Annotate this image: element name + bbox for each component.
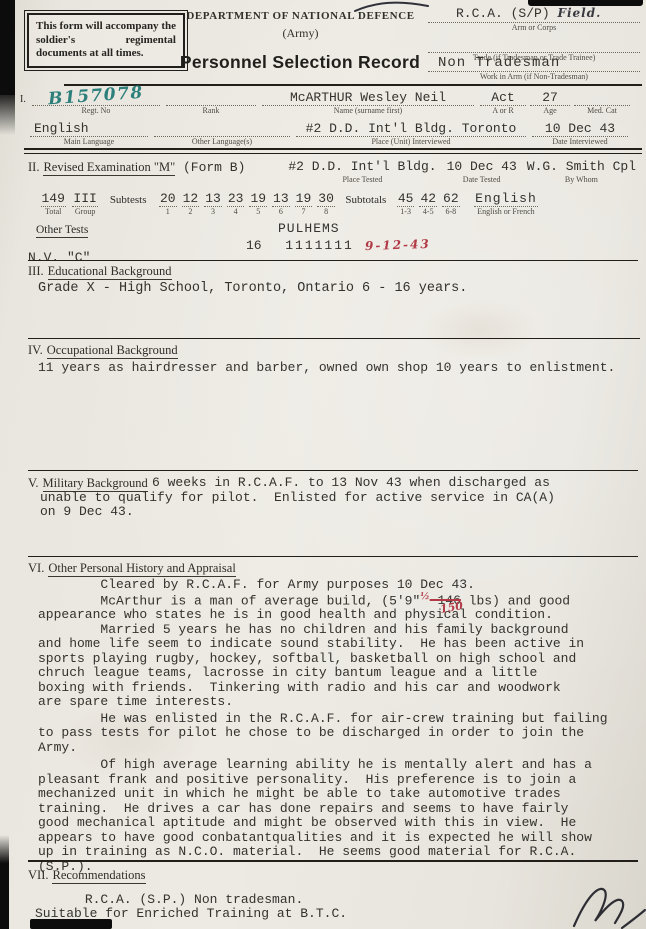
form-title: Personnel Selection Record [170,53,430,72]
name-label: Name (surname first) [262,106,474,115]
nv-grade: N.V. "C" [28,251,90,266]
pulhems-value: 1111111 [285,238,354,253]
subtest-2-value: 12 [182,192,200,207]
main-language-value: English [30,121,148,137]
p2-red-superscript-handwriting: ½ [420,592,429,602]
test-language-field: English English or French [474,192,538,216]
scan-edge-top-left [0,0,15,95]
subtest-7: 197 [295,192,313,216]
arm-corps-label: Arm or Corps [428,23,640,32]
pulhems-date-handwriting: 9-12-43 [365,237,431,251]
scan-edge-bottom-left [0,835,9,929]
subtotal-1-value: 45 [397,192,415,207]
date-interviewed-field: 10 Dec 43 Date Interviewed [532,121,628,146]
date-interviewed-label: Date Interviewed [532,137,628,146]
subtest-5: 195 [249,192,267,216]
appraisal-paragraph-2: McArthur is a man of average build, (5'9… [38,593,630,623]
section-6-title: Other Personal History and Appraisal [48,561,235,577]
subtest-5-index: 5 [249,207,267,216]
regt-no-value: B157078 [32,88,160,106]
a-or-r-field: Act A or R [480,90,526,115]
section-3-numeral: III. [28,264,44,278]
med-cat-value-blank [574,90,630,106]
signature [572,882,646,929]
arm-corps-typed: R.C.A. (S/P) [456,6,550,21]
test-language-value: English [474,192,538,207]
arm-corps-field: R.C.A. (S/P) Field. Arm or Corps [428,6,640,32]
subtest-8: 308 [317,192,335,216]
army-subtitle: (Army) [178,27,423,40]
total-field: 149 Total [41,192,66,216]
subtest-2-index: 2 [182,207,200,216]
group-field: III Group [72,192,97,216]
section-4-title: Occupational Background [47,343,178,359]
trade-value-blank [428,37,640,53]
section-6-numeral: VI. [28,561,44,575]
other-languages-label: Other Language(s) [154,137,290,146]
test-language-label: English or French [474,207,538,216]
recommendation-line-2: Suitable for Enriched Training at B.T.C. [35,907,347,922]
rank-label: Rank [166,106,256,115]
appraisal-paragraph-3: Married 5 years he has no children and h… [38,623,630,710]
name-field: McARTHUR Wesley Neil Name (surname first… [262,90,474,115]
subtest-8-value: 30 [317,192,335,207]
appraisal-paragraph-5: Of high average learning ability he is m… [38,758,630,874]
paper-stain [420,300,540,360]
section-4-numeral: IV. [28,343,43,357]
by-whom-label: By Whom [527,175,636,184]
date-interviewed-value: 10 Dec 43 [532,121,628,137]
subtest-1: 201 [159,192,177,216]
work-arm-field: Non Tradesman Work in Arm (if Non-Trades… [428,56,640,81]
section-7-heading: VII.Recommendations [28,868,146,882]
section-3-heading: III.Educational Background [28,264,172,278]
section-3-text: Grade X - High School, Toronto, Ontario … [38,282,636,297]
subtest-6: 136 [272,192,290,216]
group-value: III [72,192,97,207]
subtotal-1-range: 1-3 [397,207,415,216]
scan-edge-top-left-fade [0,90,15,135]
arm-corps-value: R.C.A. (S/P) Field. [428,6,640,23]
subtest-5-value: 19 [249,192,267,207]
date-tested-label: Date Tested [447,175,517,184]
section-1-identity-row: I. B157078 Regt. No Rank McARTHUR Wesley… [20,88,640,115]
divider [28,260,638,261]
other-tests-label: Other Tests [36,224,88,238]
subtest-7-index: 7 [295,207,313,216]
subtest-3: 133 [204,192,222,216]
section-3-title: Educational Background [48,264,172,280]
personnel-selection-record-scan: This form will accompany the soldier's r… [0,0,646,929]
age-field: 27 Age [530,90,570,115]
rank-value-blank [166,90,256,106]
main-language-label: Main Language [30,137,148,146]
section-2-numeral: II. [28,160,39,174]
group-label: Group [72,207,97,216]
subtest-4: 234 [227,192,245,216]
date-tested-value: 10 Dec 43 [447,160,517,175]
divider [28,556,638,557]
a-or-r-label: A or R [480,106,526,115]
total-value: 149 [41,192,66,207]
section-2-heading: II.Revised Examination "M" (Form B) [28,160,245,176]
place-tested-value: #2 D.D. Int'l Bldg. [288,160,436,175]
rank-field: Rank [166,90,256,115]
section-5-text: 6 weeks in R.C.A.F. to 13 Nov 43 when di… [40,476,615,520]
subtest-6-index: 6 [272,207,290,216]
pulhems-label: PULHEMS [278,222,340,237]
subtotal-2-range: 4-5 [419,207,437,216]
name-value: McARTHUR Wesley Neil [262,90,474,106]
subtest-8-index: 8 [317,207,335,216]
p2-red-correction-handwriting: 150 [439,600,464,615]
subtotal-3: 626-8 [442,192,460,216]
subtotal-1: 451-3 [397,192,415,216]
section-1-language-row: English Main Language Other Language(s) … [30,121,636,146]
med-cat-label: Med. Cat [574,106,630,115]
place-tested-label: Place Tested [288,175,436,184]
by-whom-value: W.G. Smith Cpl [527,160,636,175]
p2-text-before: McArthur is a man of average build, (5'9… [38,593,420,608]
total-label: Total [41,207,66,216]
scores-row: 149 Total III Group Subtests 201 122 133… [28,192,640,216]
divider [24,153,642,154]
subtest-3-index: 3 [204,207,222,216]
by-whom-field: W.G. Smith Cpl By Whom [527,160,636,184]
section-7-title: Recommendations [52,868,145,884]
divider [64,84,642,86]
work-arm-value: Non Tradesman [428,56,640,72]
pulhems-prefix: 16 [246,238,262,253]
place-interviewed-label: Place (Unit) Interviewed [296,137,526,146]
divider [28,860,638,862]
p2-correction-wrap: 146150 [430,593,461,608]
age-value: 27 [530,90,570,106]
age-label: Age [530,106,570,115]
place-interviewed-field: #2 D.D. Int'l Bldg. Toronto Place (Unit)… [296,121,526,146]
regt-no-handwriting: B157078 [48,85,145,108]
subtests-label: Subtests [110,194,147,206]
other-languages-value-blank [154,121,290,137]
subtest-1-index: 1 [159,207,177,216]
tested-fields: #2 D.D. Int'l Bldg. Place Tested 10 Dec … [288,160,636,184]
other-tests-row: Other Tests PULHEMS 16 1111111 9-12-43 N… [28,222,640,262]
work-arm-label: Work in Arm (if Non-Tradesman) [428,72,640,81]
notice-box: This form will accompany the soldier's r… [27,13,185,68]
section-4-text: 11 years as hairdresser and barber, owne… [38,361,638,376]
section-7-numeral: VII. [28,868,48,882]
appraisal-paragraph-1: Cleared by R.C.A.F. for Army purposes 10… [38,578,630,593]
pulhems-scores: 16 1111111 9-12-43 [246,236,431,254]
divider [28,338,640,339]
subtotal-3-range: 6-8 [442,207,460,216]
subtotal-2: 424-5 [419,192,437,216]
divider [24,148,642,150]
date-tested-field: 10 Dec 43 Date Tested [447,160,517,184]
a-or-r-value: Act [480,90,526,106]
place-tested-field: #2 D.D. Int'l Bldg. Place Tested [288,160,436,184]
subtotal-3-value: 62 [442,192,460,207]
subtotals-label: Subtotals [345,194,386,206]
other-languages-field: Other Language(s) [154,121,290,146]
section-2-form: (Form B) [175,160,245,175]
subtest-7-value: 19 [295,192,313,207]
subtotal-2-value: 42 [419,192,437,207]
section-6-heading: VI.Other Personal History and Appraisal [28,561,236,575]
section-4-heading: IV.Occupational Background [28,343,178,357]
section-5-numeral: V. [28,476,39,490]
appraisal-paragraph-4: He was enlisted in the R.C.A.F. for air-… [38,712,630,756]
place-interviewed-value: #2 D.D. Int'l Bldg. Toronto [296,121,526,137]
section-2-examination: II.Revised Examination "M" (Form B) #2 D… [28,160,640,262]
section-1-numeral: I. [20,94,32,105]
section-6-body: Cleared by R.C.A.F. for Army purposes 10… [38,578,630,874]
subtest-1-value: 20 [159,192,177,207]
subtest-2: 122 [182,192,200,216]
regt-no-field: B157078 Regt. No [32,88,160,115]
section-2-title: Revised Examination "M" [43,160,175,176]
arm-corps-handwriting: Field. [557,6,601,20]
main-language-field: English Main Language [30,121,148,146]
subtest-4-index: 4 [227,207,245,216]
subtest-6-value: 13 [272,192,290,207]
subtest-3-value: 13 [204,192,222,207]
department-title: DEPARTMENT OF NATIONAL DEFENCE [178,10,423,22]
med-cat-field: Med. Cat [574,90,630,115]
subtest-4-value: 23 [227,192,245,207]
divider [28,470,638,471]
